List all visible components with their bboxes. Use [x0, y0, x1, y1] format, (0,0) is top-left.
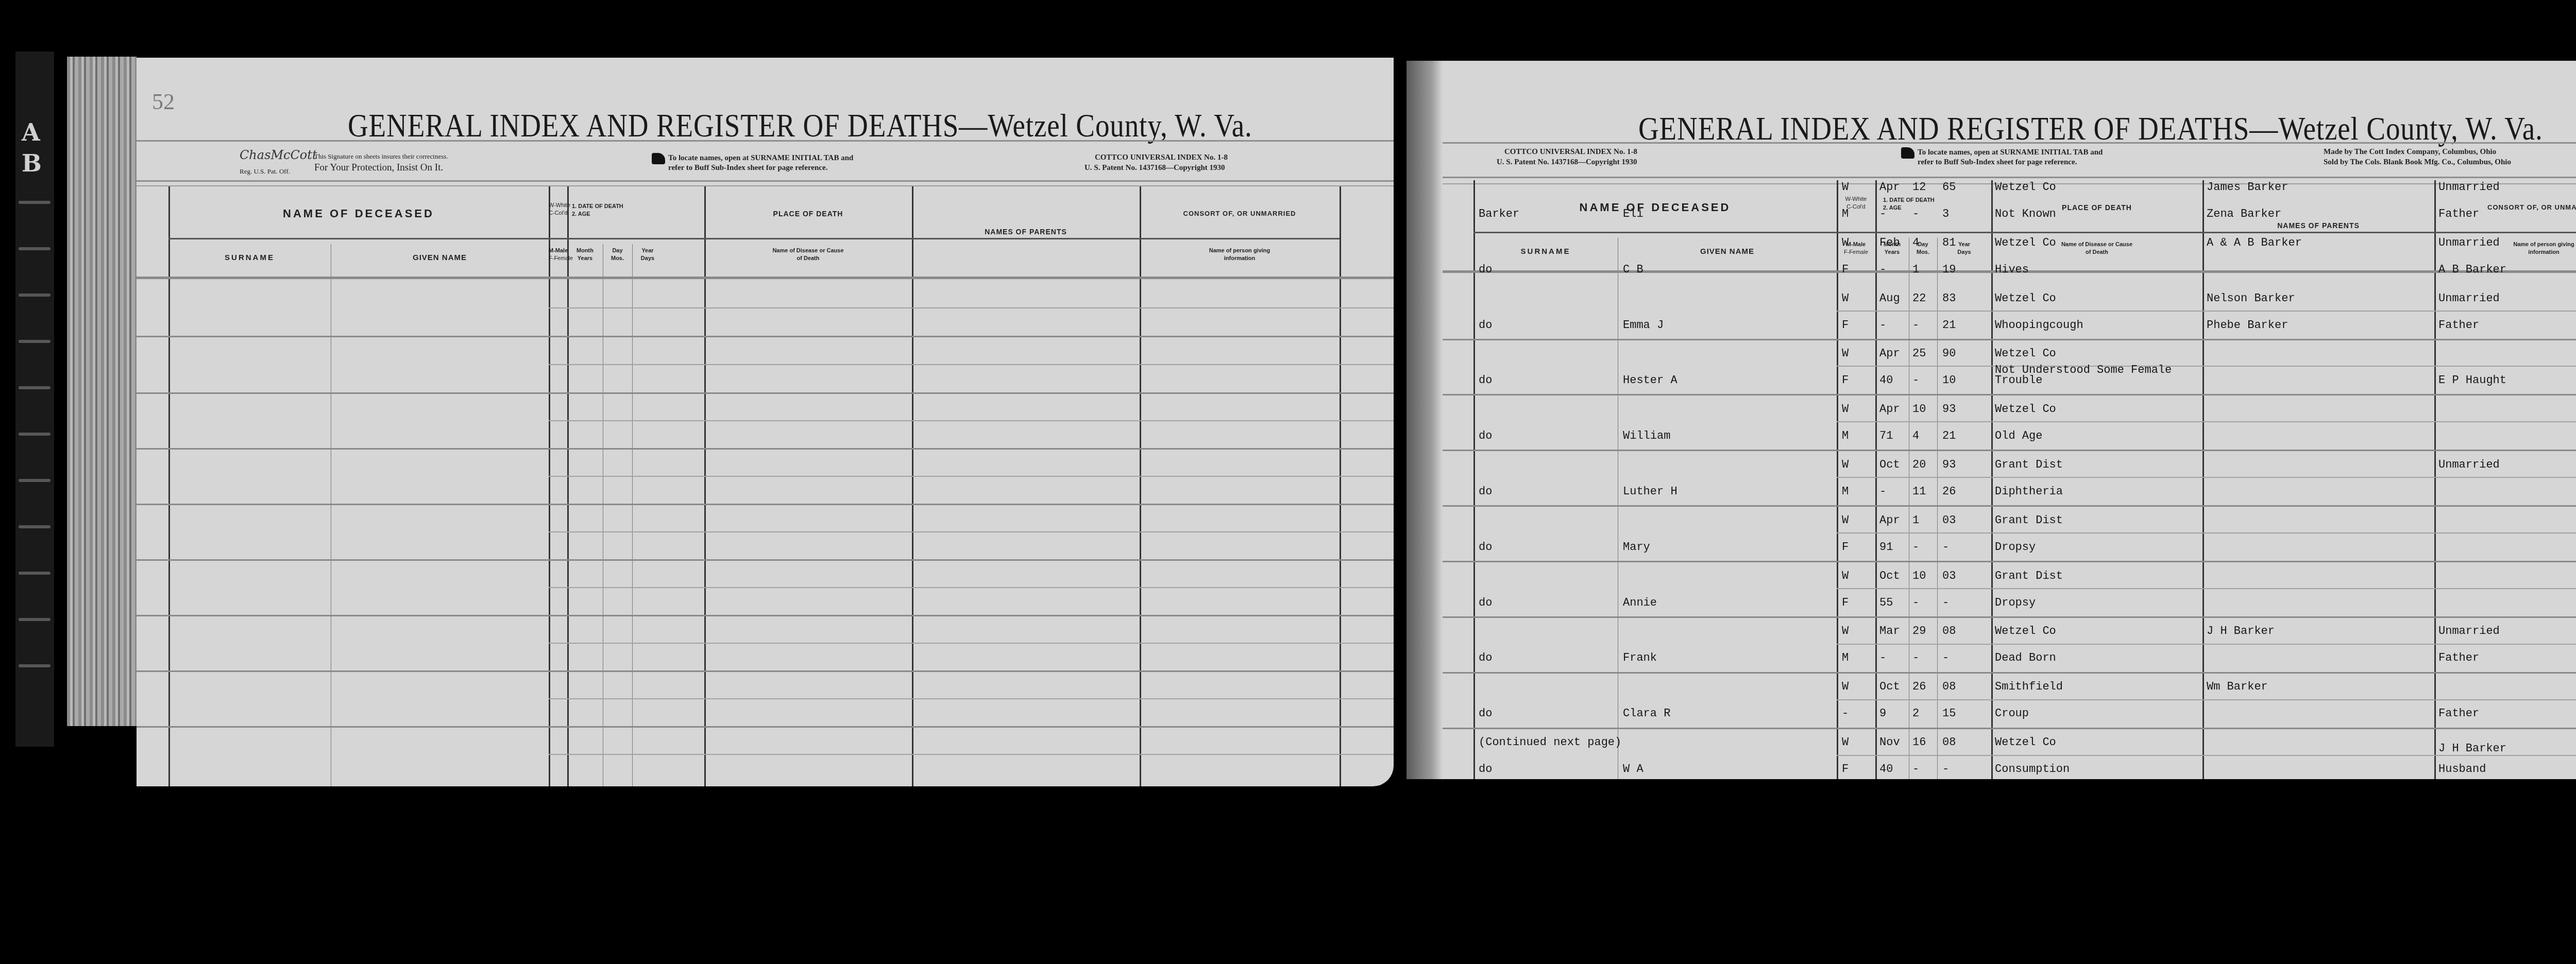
given-name-cell: Emma J: [1623, 319, 1664, 332]
header-names-of-parents: NAMES OF PARENTS: [912, 228, 1140, 236]
row-line: [1406, 394, 2576, 395]
header-cause: Name of Disease or Causeof Death: [704, 247, 912, 263]
race-cell: W: [1842, 459, 1849, 471]
header-names-of-parents: NAMES OF PARENTS: [2202, 221, 2434, 230]
cause-cell: Consumption: [1995, 763, 2070, 776]
header-place-of-death: PLACE OF DEATH: [704, 210, 912, 218]
age-years-cell: -: [1879, 264, 1886, 276]
race-cell: W: [1842, 570, 1849, 582]
age-years-cell: 91: [1879, 541, 1893, 554]
month-cell: Apr: [1879, 514, 1900, 527]
year-cell: 03: [1942, 514, 1956, 527]
surname-cell: do: [1479, 763, 1492, 776]
row-subline: [1837, 421, 2576, 422]
header-informant: Name of person givinginformation: [1140, 247, 1340, 263]
cause-cell: Diphtheria: [1995, 486, 2063, 498]
row-line: [1406, 505, 2576, 507]
header-surname: SURNAME: [1473, 247, 1618, 256]
surname-cell: do: [1479, 652, 1492, 664]
year-cell: 08: [1942, 736, 1956, 749]
month-cell: Aug: [1879, 292, 1900, 305]
header-name-of-deceased: NAME OF DECEASED: [1473, 201, 1837, 214]
day-cell: 10: [1912, 570, 1926, 582]
maker-line-1: Made by The Cott Index Company, Columbus…: [2324, 147, 2496, 157]
row-subline: [549, 420, 1394, 421]
age-months-cell: -: [1912, 208, 1919, 220]
signature-note-2: For Your Protection, Insist On It.: [314, 163, 443, 173]
parent-cell: J H Barker: [2207, 625, 2275, 638]
signature-reg: Reg. U.S. Pat. Off.: [240, 167, 290, 176]
given-name-cell: Eli: [1623, 208, 1643, 220]
age-years-cell: 55: [1879, 597, 1893, 609]
header-divider: [1473, 232, 2576, 233]
header-surname: SURNAME: [168, 253, 331, 262]
spine-decoration: [19, 386, 50, 389]
informant-cell: Father: [2438, 708, 2479, 720]
header-sex: M-MaleF-Female: [549, 247, 567, 263]
year-cell: 93: [1942, 459, 1956, 471]
consort-cell: Unmarried: [2438, 625, 2500, 638]
continued-note: (Continued next page): [1479, 736, 1621, 749]
row-subline: [549, 698, 1394, 699]
age-days-cell: 21: [1942, 319, 1956, 332]
cause-cell: Not Known: [1995, 208, 2056, 220]
spine-letter-a: A: [22, 118, 40, 146]
place-cell: Grant Dist: [1995, 514, 2063, 527]
place-cell: Wetzel Co: [1995, 403, 2056, 416]
column-divider: [632, 244, 633, 786]
spine-decoration: [19, 433, 50, 436]
spine-decoration: [19, 664, 50, 667]
sex-cell: F: [1842, 597, 1849, 609]
consort-cell: Unmarried: [2438, 237, 2500, 249]
consort-cell: Unmarried: [2438, 292, 2500, 305]
book-spine: A B: [15, 51, 54, 747]
sex-cell: M: [1842, 652, 1849, 664]
row-subline: [549, 531, 1394, 532]
locate-note-2: refer to Buff Sub-Index sheet for page r…: [1918, 158, 2077, 167]
signature: ChasMcCott: [240, 148, 317, 162]
year-cell: 08: [1942, 681, 1956, 693]
locate-note-2: refer to Buff Sub-Index sheet for page r…: [668, 163, 827, 173]
given-name-cell: C B: [1623, 264, 1643, 276]
age-years-cell: 71: [1879, 430, 1893, 442]
row-subline: [549, 476, 1394, 477]
page-edges-left: [67, 57, 137, 726]
race-cell: W: [1842, 514, 1849, 527]
place-cell: Wetzel Co: [1995, 292, 2056, 305]
cause-cell: Dropsy: [1995, 541, 2036, 554]
informant-cell: Father: [2438, 208, 2479, 220]
age-days-cell: 3: [1942, 208, 1949, 220]
given-name-cell: Hester A: [1623, 374, 1677, 387]
row-subline: [1837, 699, 2576, 700]
age-years-cell: -: [1879, 652, 1886, 664]
day-cell: 4: [1912, 237, 1919, 249]
spine-decoration: [19, 618, 50, 621]
locate-note: To locate names, open at SURNAME INITIAL…: [1901, 147, 2103, 159]
race-cell: W: [1842, 625, 1849, 638]
row-line: [1406, 561, 2576, 562]
signature-note-1: This Signature on sheets insures their c…: [314, 152, 448, 161]
age-months-cell: -: [1912, 374, 1919, 387]
row-subline: [1837, 588, 2576, 589]
month-cell: Mar: [1879, 625, 1900, 638]
consort-cell: Unmarried: [2438, 181, 2500, 194]
day-cell: 16: [1912, 736, 1926, 749]
day-cell: 22: [1912, 292, 1926, 305]
page-title: GENERAL INDEX AND REGISTER OF DEATHS—Wet…: [348, 107, 1252, 145]
day-cell: 26: [1912, 681, 1926, 693]
index-line-2: U. S. Patent No. 1437168—Copyright 1930: [1084, 163, 1225, 173]
given-name-cell: Mary: [1623, 541, 1650, 554]
age-years-cell: 40: [1879, 763, 1893, 776]
row-subline: [549, 307, 1394, 308]
month-cell: Apr: [1879, 181, 1900, 194]
row-line: [1406, 672, 2576, 674]
surname-cell: do: [1479, 319, 1492, 332]
place-cell: Wetzel Co: [1995, 348, 2056, 360]
age-days-cell: 15: [1942, 708, 1956, 720]
row-line: [137, 504, 1394, 505]
informant-cell: A B Barker: [2438, 264, 2506, 276]
surname-cell: do: [1479, 374, 1492, 387]
row-line: [1406, 616, 2576, 618]
row-line: [137, 392, 1394, 394]
row-subline: [1837, 477, 2576, 478]
row-line: [137, 726, 1394, 728]
consort-cell: Unmarried: [2438, 459, 2500, 471]
header-bottom-rule: [1406, 270, 2576, 273]
age-years-cell: -: [1879, 486, 1886, 498]
consort-cell: J H Barker: [2438, 743, 2506, 755]
right-page: 53 GENERAL INDEX AND REGISTER OF DEATHS—…: [1406, 61, 2576, 779]
row-subline: [1837, 311, 2576, 312]
header-consort: CONSORT OF, OR UNMARRIED: [1140, 210, 1340, 217]
race-cell: W: [1842, 237, 1849, 249]
cause-cell: Hives: [1995, 264, 2029, 276]
parent-cell: James Barker: [2207, 181, 2288, 194]
month-cell: Oct: [1879, 681, 1900, 693]
age-days-cell: 21: [1942, 430, 1956, 442]
age-days-cell: -: [1942, 597, 1949, 609]
parent-cell: Wm Barker: [2207, 681, 2268, 693]
age-days-cell: -: [1942, 541, 1949, 554]
race-cell: W: [1842, 181, 1849, 194]
given-name-cell: Luther H: [1623, 486, 1677, 498]
row-line: [137, 670, 1394, 672]
age-years-cell: -: [1879, 208, 1886, 220]
age-days-cell: -: [1942, 763, 1949, 776]
spine-letter-b: B: [22, 149, 42, 177]
spine-decoration: [19, 340, 50, 343]
row-subline: [549, 364, 1394, 365]
spine-decoration: [19, 247, 50, 250]
index-line-2: U. S. Patent No. 1437168—Copyright 1930: [1497, 158, 1637, 167]
header-day-mos: DayMos.: [603, 247, 632, 263]
month-cell: Apr: [1879, 348, 1900, 360]
age-days-cell: 19: [1942, 264, 1956, 276]
row-line: [1406, 450, 2576, 451]
given-name-cell: Frank: [1623, 652, 1657, 664]
maker-line-2: Sold by The Cols. Blank Book Mfg. Co., C…: [2324, 158, 2511, 167]
age-months-cell: -: [1912, 541, 1919, 554]
place-cell: Wetzel Co: [1995, 181, 2056, 194]
sex-cell: F: [1842, 374, 1849, 387]
parent-cell: Phebe Barker: [2207, 319, 2288, 332]
spine-decoration: [19, 201, 50, 204]
place-cell: Grant Dist: [1995, 570, 2063, 582]
header-name-of-deceased: NAME OF DECEASED: [168, 207, 549, 220]
index-line-1: COTTCO UNIVERSAL INDEX No. 1-8: [1095, 153, 1228, 162]
month-cell: Nov: [1879, 736, 1900, 749]
pointing-hand-icon: [1901, 147, 1914, 159]
race-cell: W: [1842, 292, 1849, 305]
place-cell: Wetzel Co: [1995, 237, 2056, 249]
year-cell: 81: [1942, 237, 1956, 249]
year-cell: 08: [1942, 625, 1956, 638]
month-cell: Oct: [1879, 459, 1900, 471]
surname-cell: Barker: [1479, 208, 1519, 220]
pointing-hand-icon: [652, 153, 665, 164]
informant-cell: Father: [2438, 652, 2479, 664]
header-given-name: GIVEN NAME: [331, 253, 549, 262]
parent-cell: A & A B Barker: [2207, 237, 2302, 249]
sex-cell: M: [1842, 486, 1849, 498]
year-cell: 93: [1942, 403, 1956, 416]
year-cell: 03: [1942, 570, 1956, 582]
index-line-1: COTTCO UNIVERSAL INDEX No. 1-8: [1504, 147, 1637, 157]
given-name-cell: William: [1623, 430, 1670, 442]
header-date-age: 1. DATE OF DEATH2. AGE: [572, 203, 623, 218]
surname-cell: do: [1479, 486, 1492, 498]
cause-cell: Croup: [1995, 708, 2029, 720]
age-months-cell: -: [1912, 319, 1919, 332]
age-months-cell: -: [1912, 597, 1919, 609]
divider: [137, 140, 1394, 142]
month-cell: Apr: [1879, 403, 1900, 416]
informant-cell: Father: [2438, 319, 2479, 332]
sex-cell: F: [1842, 264, 1849, 276]
age-months-cell: 2: [1912, 708, 1919, 720]
column-divider: [603, 244, 603, 786]
column-divider: [1937, 238, 1938, 779]
surname-cell: do: [1479, 264, 1492, 276]
age-years-cell: 9: [1879, 708, 1886, 720]
day-cell: 20: [1912, 459, 1926, 471]
column-divider: [1618, 238, 1618, 779]
spine-decoration: [19, 525, 50, 528]
year-cell: 90: [1942, 348, 1956, 360]
spine-decoration: [19, 572, 50, 575]
signature-block: ChasMcCott: [240, 150, 317, 162]
locate-note: To locate names, open at SURNAME INITIAL…: [652, 153, 853, 164]
column-divider: [1909, 238, 1909, 779]
day-cell: 29: [1912, 625, 1926, 638]
race-cell: W: [1842, 681, 1849, 693]
given-name-cell: Clara R: [1623, 708, 1670, 720]
age-months-cell: -: [1912, 652, 1919, 664]
sex-cell: F: [1842, 763, 1849, 776]
column-divider: [331, 244, 331, 786]
left-page: 52 GENERAL INDEX AND REGISTER OF DEATHS—…: [137, 58, 1394, 786]
divider: [1406, 177, 2576, 178]
month-cell: Feb: [1879, 237, 1900, 249]
cause-cell: Old Age: [1995, 430, 2042, 442]
age-days-cell: 10: [1942, 374, 1956, 387]
surname-cell: do: [1479, 597, 1492, 609]
day-cell: 1: [1912, 514, 1919, 527]
row-subline: [1837, 532, 2576, 533]
informant-cell: E P Haught: [2438, 374, 2506, 387]
spine-decoration: [19, 294, 50, 297]
row-line: [137, 559, 1394, 561]
surname-cell: do: [1479, 708, 1492, 720]
sex-cell: F: [1842, 319, 1849, 332]
divider: [1406, 142, 2576, 144]
age-months-cell: 4: [1912, 430, 1919, 442]
header-bottom-rule: [137, 277, 1394, 279]
day-cell: 25: [1912, 348, 1926, 360]
row-line: [137, 336, 1394, 337]
given-name-cell: Annie: [1623, 597, 1657, 609]
sex-cell: M: [1842, 208, 1849, 220]
race-cell: W: [1842, 348, 1849, 360]
row-subline: [1837, 644, 2576, 645]
header-year-days: YearDays: [632, 247, 663, 263]
header-date-age: 1. DATE OF DEATH2. AGE: [1883, 197, 1935, 212]
header-given-name: GIVEN NAME: [1618, 247, 1837, 256]
row-subline: [1837, 755, 2576, 756]
year-cell: 65: [1942, 181, 1956, 194]
gutter-shadow: [1406, 61, 1443, 779]
sex-cell: -: [1842, 708, 1849, 720]
parent-cell: Nelson Barker: [2207, 292, 2295, 305]
place-cell: Grant Dist: [1995, 459, 2063, 471]
day-cell: 10: [1912, 403, 1926, 416]
cause-cell: Dropsy: [1995, 597, 2036, 609]
register-table: NAME OF DECEASED SURNAME GIVEN NAME W-Wh…: [1406, 180, 2576, 779]
divider: [137, 180, 1394, 182]
age-days-cell: 26: [1942, 486, 1956, 498]
age-months-cell: -: [1912, 763, 1919, 776]
cause-cell: Not Understood Some Female Trouble: [1995, 365, 2201, 386]
place-cell: Wetzel Co: [1995, 736, 2056, 749]
race-cell: W: [1842, 736, 1849, 749]
surname-cell: do: [1479, 541, 1492, 554]
age-years-cell: -: [1879, 319, 1886, 332]
spine-decoration: [19, 479, 50, 482]
row-subline: [549, 643, 1394, 644]
row-subline: [1837, 366, 2576, 367]
race-cell: W: [1842, 403, 1849, 416]
cause-cell: Whoopingcough: [1995, 319, 2083, 332]
register-table: NAME OF DECEASED SURNAME GIVEN NAME W-Wh…: [137, 186, 1394, 786]
cause-cell: Dead Born: [1995, 652, 2056, 664]
row-line: [1406, 339, 2576, 340]
row-line: [137, 448, 1394, 450]
row-line: [1406, 728, 2576, 729]
parent-cell: Zena Barker: [2207, 208, 2281, 220]
place-cell: Wetzel Co: [1995, 625, 2056, 638]
age-months-cell: 11: [1912, 486, 1926, 498]
age-months-cell: 1: [1912, 264, 1919, 276]
page-number: 52: [152, 89, 175, 115]
month-cell: Oct: [1879, 570, 1900, 582]
place-cell: Smithfield: [1995, 681, 2063, 693]
given-name-cell: W A: [1623, 763, 1643, 776]
header-divider: [168, 238, 1340, 239]
row-subline: [549, 587, 1394, 588]
age-days-cell: -: [1942, 652, 1949, 664]
sex-cell: M: [1842, 430, 1849, 442]
row-subline: [549, 754, 1394, 755]
day-cell: 12: [1912, 181, 1926, 194]
row-line: [137, 615, 1394, 616]
age-years-cell: 40: [1879, 374, 1893, 387]
surname-cell: do: [1479, 430, 1492, 442]
sex-cell: F: [1842, 541, 1849, 554]
header-month-years: MonthYears: [567, 247, 603, 263]
year-cell: 83: [1942, 292, 1956, 305]
header-race: W-WhiteC-Col'd: [549, 202, 567, 217]
informant-cell: Husband: [2438, 763, 2486, 776]
